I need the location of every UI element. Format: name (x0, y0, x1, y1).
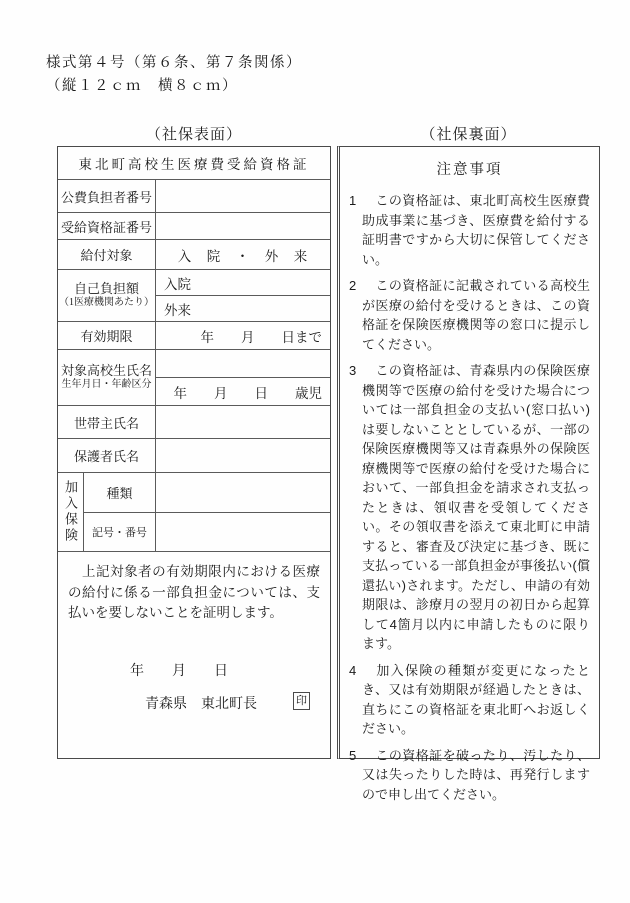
note-text: この資格証を破ったり、汚したり、又は失ったりした時は、再発行しますので申し出てく… (362, 748, 590, 802)
guardian-value-cell (156, 439, 330, 472)
note-text: 加入保険の種類が変更になったとき、又は有効期限が経過したときは、直ちにこの資格証… (362, 663, 590, 737)
copayment-label: 自己負担額 （1医療機関あたり） (58, 270, 156, 321)
householder-row: 世帯主氏名 (58, 406, 330, 439)
issue-date-line: 年 月 日 (68, 660, 320, 680)
form-number-line: 様式第４号（第６条、第７条関係） (46, 52, 302, 75)
certificate-number-value-cell (156, 213, 330, 239)
note-text: この資格証に記載されている高校生が医療の給付を受けるときは、この資格証を保険医療… (362, 278, 590, 352)
note-item-3: 3この資格証は、青森県内の保険医療機関等で医療の給付を受けた場合については一部負… (349, 361, 590, 654)
student-name-value-cell (156, 350, 330, 378)
insurance-row: 加入保険 種類 記号・番号 (58, 473, 330, 552)
student-name-row: 対象高校生氏名 生年月日・年齢区分 年 月 日 歳児 (58, 350, 330, 406)
note-number: 2 (349, 276, 356, 296)
copayment-row: 自己負担額 （1医療機関あたり） 入院 外来 (58, 270, 330, 322)
front-side-caption: （社保表面） (57, 123, 331, 144)
note-item-4: 4加入保険の種類が変更になったとき、又は有効期限が経過したときは、直ちにこの資格… (349, 661, 590, 739)
benefit-target-label: 給付対象 (58, 240, 156, 269)
payer-number-value-cell (156, 180, 330, 212)
note-text: この資格証は、青森県内の保険医療機関等で医療の給付を受けた場合については一部負担… (362, 363, 590, 651)
expiry-row: 有効期限 年 月 日まで (58, 322, 330, 350)
student-name-label-main: 対象高校生氏名 (61, 363, 152, 379)
form-document-page: 様式第４号（第６条、第７条関係） （縦１２ｃｍ 横８ｃｍ） （社保表面） （社保… (0, 0, 630, 903)
guardian-label: 保護者氏名 (58, 439, 156, 472)
note-item-5: 5この資格証を破ったり、汚したり、又は失ったりした時は、再発行しますので申し出て… (349, 746, 590, 805)
notes-list: 1この資格証は、東北町高校生医療費助成事業に基づき、医療費を給付する証明書ですか… (340, 179, 599, 804)
certification-statement: 上記対象者の有効期限内における医療の給付に係る一部負担金については、支払いを要し… (68, 562, 320, 624)
benefit-target-value: 入 院 ・ 外 来 (156, 240, 330, 269)
note-number: 3 (349, 361, 356, 381)
certificate-back-card: 注意事項 1この資格証は、東北町高校生医療費助成事業に基づき、医療費を給付する証… (337, 146, 600, 759)
back-side-caption: （社保裏面） (337, 123, 600, 144)
payer-number-label: 公費負担者番号 (58, 180, 156, 212)
birthdate-age-value: 年 月 日 歳児 (156, 378, 330, 405)
guardian-row: 保護者氏名 (58, 439, 330, 473)
note-number: 1 (349, 191, 356, 211)
notes-title: 注意事項 (340, 158, 599, 179)
copayment-outpatient-row: 外来 (156, 296, 330, 321)
payer-number-row: 公費負担者番号 (58, 180, 330, 213)
student-name-values: 年 月 日 歳児 (156, 350, 330, 405)
copayment-label-main: 自己負担額 (74, 281, 139, 297)
certificate-number-label: 受給資格証番号 (58, 213, 156, 239)
insurance-type-label: 種類 (84, 473, 156, 512)
insurance-label-vertical: 加入保険 (58, 473, 84, 551)
student-name-label-sub: 生年月日・年齢区分 (62, 379, 152, 392)
note-item-1: 1この資格証は、東北町高校生医療費助成事業に基づき、医療費を給付する証明書ですか… (349, 191, 590, 269)
insurance-symbol-row: 記号・番号 (84, 513, 330, 552)
copayment-label-sub: （1医療機関あたり） (59, 297, 154, 310)
householder-label: 世帯主氏名 (58, 406, 156, 438)
certificate-number-row: 受給資格証番号 (58, 213, 330, 240)
insurance-type-row: 種類 (84, 473, 330, 513)
expiry-label: 有効期限 (58, 322, 156, 349)
certificate-title: 東北町高校生医療費受給資格証 (58, 147, 330, 180)
benefit-target-row: 給付対象 入 院 ・ 外 来 (58, 240, 330, 270)
certificate-front-card: 東北町高校生医療費受給資格証 公費負担者番号 受給資格証番号 給付対象 入 院 … (57, 146, 331, 759)
note-number: 4 (349, 661, 356, 681)
expiry-value: 年 月 日まで (156, 322, 330, 349)
student-name-label: 対象高校生氏名 生年月日・年齢区分 (58, 350, 156, 405)
note-number: 5 (349, 746, 356, 766)
copayment-inpatient-row: 入院 (156, 270, 330, 296)
seal-mark: 印 (293, 692, 310, 710)
issuer-line: 青森県 東北町長 印 (68, 693, 320, 713)
insurance-subrows: 種類 記号・番号 (84, 473, 330, 551)
copayment-values: 入院 外来 (156, 270, 330, 321)
form-size-line: （縦１２ｃｍ 横８ｃｍ） (46, 75, 302, 98)
issuer-name: 青森県 東北町長 (145, 697, 257, 712)
householder-value-cell (156, 406, 330, 438)
note-item-2: 2この資格証に記載されている高校生が医療の給付を受けるときは、この資格証を保険医… (349, 276, 590, 354)
form-header: 様式第４号（第６条、第７条関係） （縦１２ｃｍ 横８ｃｍ） (46, 52, 302, 98)
insurance-symbol-label: 記号・番号 (84, 513, 156, 552)
certification-section: 上記対象者の有効期限内における医療の給付に係る一部負担金については、支払いを要し… (58, 552, 330, 758)
note-text: この資格証は、東北町高校生医療費助成事業に基づき、医療費を給付する証明書ですから… (362, 193, 590, 267)
